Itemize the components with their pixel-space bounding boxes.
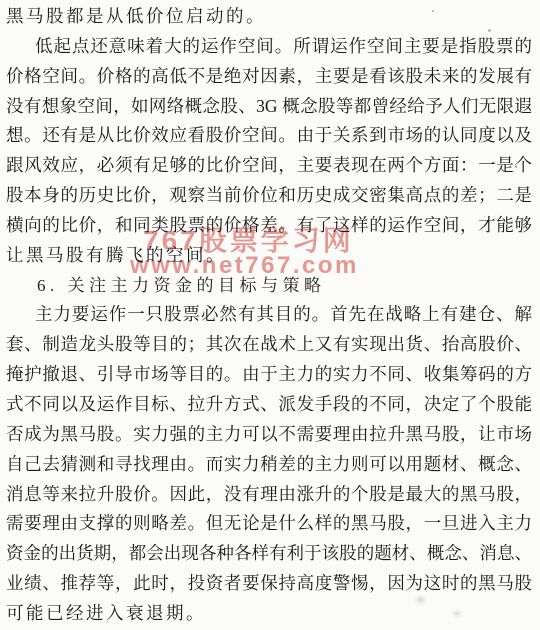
text-line: 价格空间。价格的高低不是绝对因素，主要是看该股未来的发展有 (6, 62, 532, 92)
text-line: 可能已经进入衰退期。 (6, 599, 532, 629)
text-line: 没有想象空间，如网络概念股、3G 概念股等都曾经给予人们无限遐 (6, 92, 532, 122)
page-text: 黑马股都是从低价位启动的。 低起点还意味着大的运作空间。所谓运作空间主要是指股票… (6, 2, 532, 630)
scanned-book-page: 767股票学习网 www.net767.com 黑马股都是从低价位启动的。 低起… (0, 0, 540, 630)
text-line: 跟风效应，必须有足够的比价空间，主要表现在两个方面：一是个 (6, 151, 532, 181)
text-line: 消息等来拉升股价。因此，没有理由涨升的个股是最大的黑马股， (6, 480, 532, 510)
text-line: 股本身的历史比价，观察当前价位和历史成交密集高点的差；二是 (6, 181, 532, 211)
text-line: 自己去猜测和寻找理由。而实力稍差的主力则可以用题材、概念、 (6, 450, 532, 480)
text-line: 需要理由支撑的则略差。但无论是什么样的黑马股，一旦进入主力 (6, 509, 532, 539)
text-line: 主力要运作一只股票必然有其目的。首先在战略上有建仓、解 (6, 300, 532, 330)
text-line: 业绩、推荐等，此时，投资者要保持高度警惕，因为这时的黑马股 (6, 569, 532, 599)
section-heading: 6. 关注主力资金的目标与策略 (6, 271, 532, 301)
text-line: 掩护撤退、引导市场等目的。由于主力的实力不同、收集筹码的方 (6, 360, 532, 390)
text-line: 想。还有是从比价效应看股价空间。由于关系到市场的认同度以及 (6, 121, 532, 151)
text-line: 让黑马股有腾飞的空间。 (6, 241, 532, 271)
text-line: 资金的出货期，都会出现各种各样有利于该股的题材、概念、消息、 (6, 539, 532, 569)
text-line: 低起点还意味着大的运作空间。所谓运作空间主要是指股票的 (6, 32, 532, 62)
text-line: 黑马股都是从低价位启动的。 (6, 2, 532, 32)
text-line: 横向的比价，和同类股票的价格差。有了这样的运作空间，才能够 (6, 211, 532, 241)
text-line: 否成为黑马股。实力强的主力可以不需要理由拉升黑马股，让市场 (6, 420, 532, 450)
text-line: 式不同以及运作目标、拉升方式、派发手段的不同，决定了个股能 (6, 390, 532, 420)
text-line: 套、制造龙头股等目的；其次在战术上又有实现出货、抬高股价、 (6, 330, 532, 360)
